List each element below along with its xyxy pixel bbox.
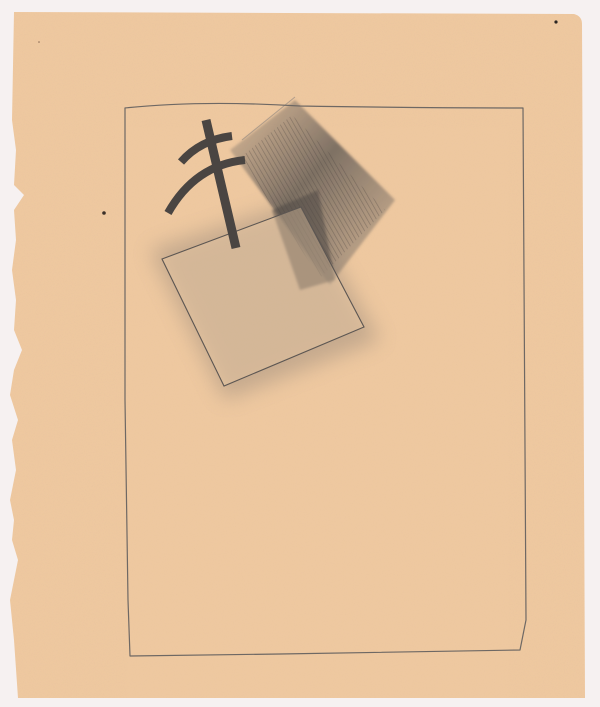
speck	[554, 20, 557, 23]
speck	[38, 41, 40, 43]
artwork-canvas	[0, 0, 600, 707]
speck	[102, 211, 106, 215]
pencil-drawing	[0, 0, 600, 707]
